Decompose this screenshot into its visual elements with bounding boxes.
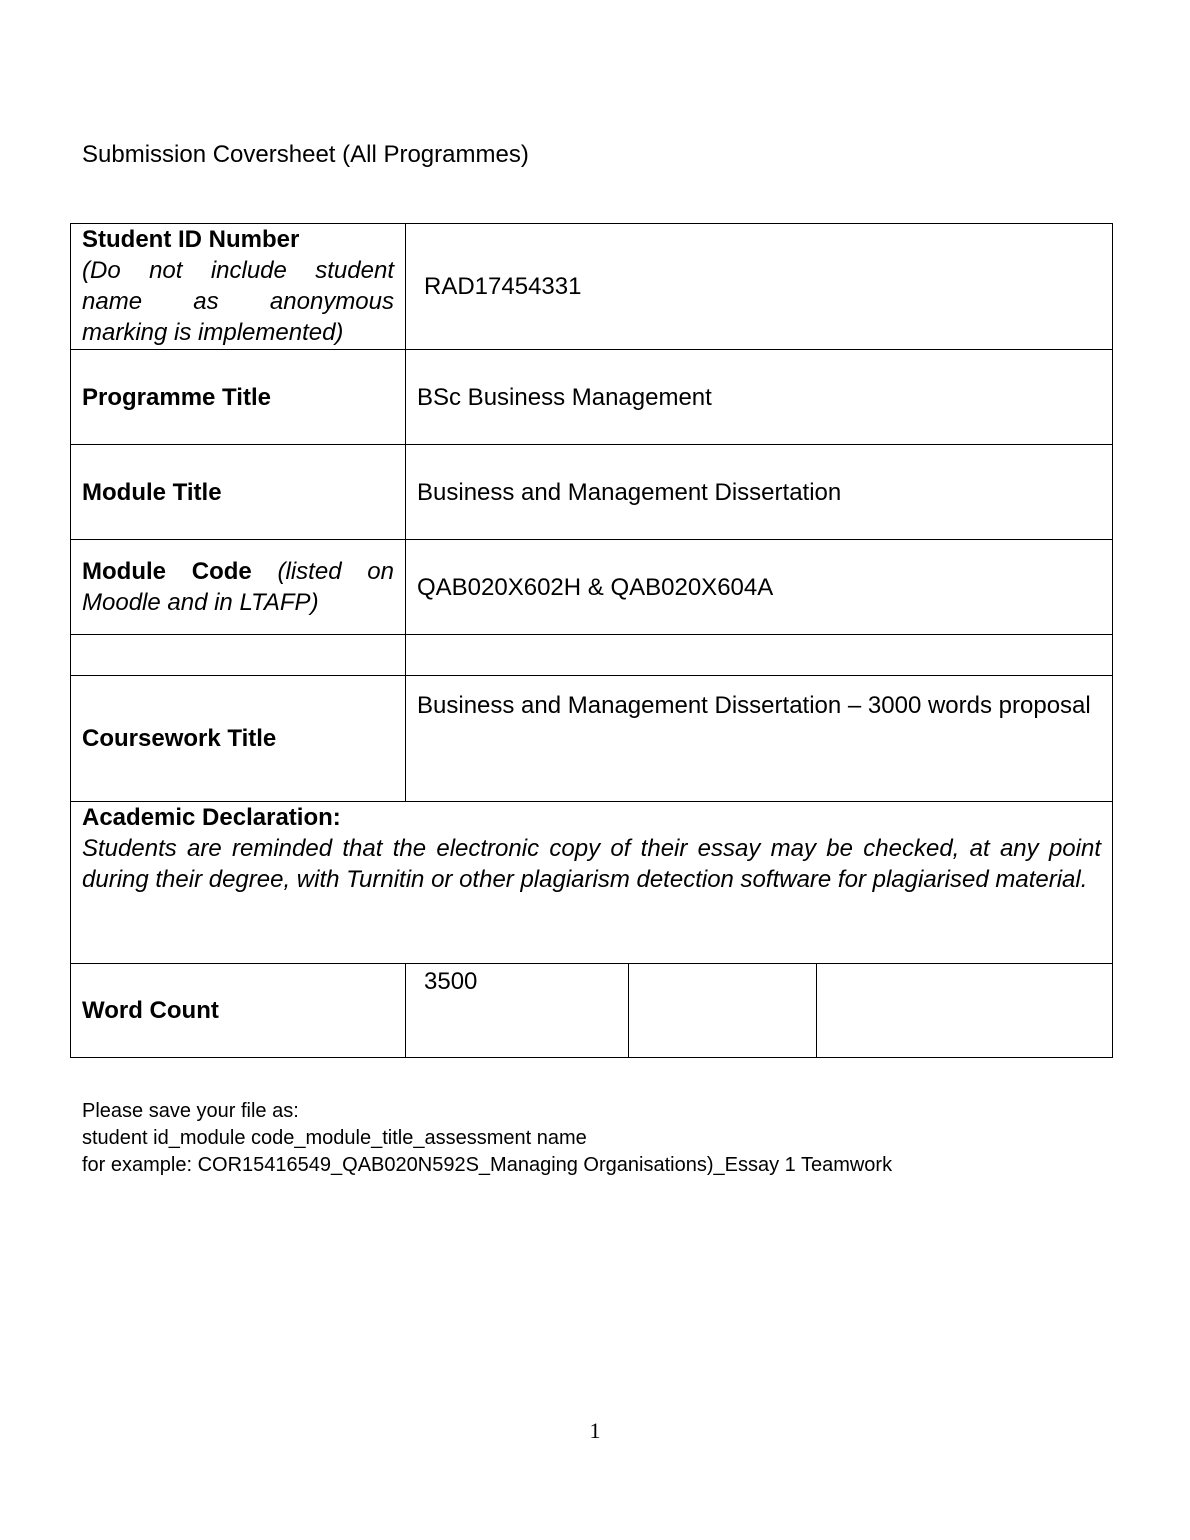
module-code-value[interactable]: QAB020X602H & QAB020X604A xyxy=(406,540,1113,635)
module-title-value[interactable]: Business and Management Dissertation xyxy=(406,445,1113,540)
programme-title-label: Programme Title xyxy=(71,350,406,445)
word-count-label: Word Count xyxy=(71,964,406,1058)
empty-row xyxy=(71,635,1113,676)
word-count-extra-cell-2[interactable] xyxy=(817,964,1113,1058)
word-count-row: Word Count 3500 xyxy=(71,964,1113,1058)
coversheet-table: Student ID Number (Do not include studen… xyxy=(70,223,1113,1058)
module-code-label: Module Code xyxy=(82,558,252,585)
academic-declaration-cell: Academic Declaration: Students are remin… xyxy=(71,802,1113,964)
file-naming-line-1: Please save your file as: xyxy=(82,1098,892,1125)
academic-declaration-label: Academic Declaration: xyxy=(82,802,1101,833)
module-code-row: Module Code (listed on Moodle and in LTA… xyxy=(71,540,1113,635)
empty-value-cell[interactable] xyxy=(406,635,1113,676)
student-id-note: (Do not include student name as anonymou… xyxy=(82,255,394,348)
module-title-row: Module Title Business and Management Dis… xyxy=(71,445,1113,540)
academic-declaration-row: Academic Declaration: Students are remin… xyxy=(71,802,1113,964)
file-naming-line-3: for example: COR15416549_QAB020N592S_Man… xyxy=(82,1152,892,1179)
page-number: 1 xyxy=(0,1418,1190,1444)
word-count-value[interactable]: 3500 xyxy=(406,964,629,1058)
student-id-value[interactable]: RAD17454331 xyxy=(406,224,1113,350)
student-id-label: Student ID Number xyxy=(82,224,394,255)
file-naming-line-2: student id_module code_module_title_asse… xyxy=(82,1125,892,1152)
programme-title-value[interactable]: BSc Business Management xyxy=(406,350,1113,445)
empty-label-cell xyxy=(71,635,406,676)
coursework-title-value[interactable]: Business and Management Dissertation – 3… xyxy=(406,676,1113,802)
programme-title-row: Programme Title BSc Business Management xyxy=(71,350,1113,445)
coursework-title-row: Coursework Title Business and Management… xyxy=(71,676,1113,802)
page-title: Submission Coversheet (All Programmes) xyxy=(82,141,529,169)
student-id-label-cell: Student ID Number (Do not include studen… xyxy=(71,224,406,350)
academic-declaration-text: Students are reminded that the electroni… xyxy=(82,833,1101,895)
word-count-extra-cell-1[interactable] xyxy=(629,964,817,1058)
student-id-row: Student ID Number (Do not include studen… xyxy=(71,224,1113,350)
file-naming-note: Please save your file as: student id_mod… xyxy=(82,1098,892,1179)
coursework-title-label: Coursework Title xyxy=(71,676,406,802)
module-code-label-cell: Module Code (listed on Moodle and in LTA… xyxy=(71,540,406,635)
module-title-label: Module Title xyxy=(71,445,406,540)
